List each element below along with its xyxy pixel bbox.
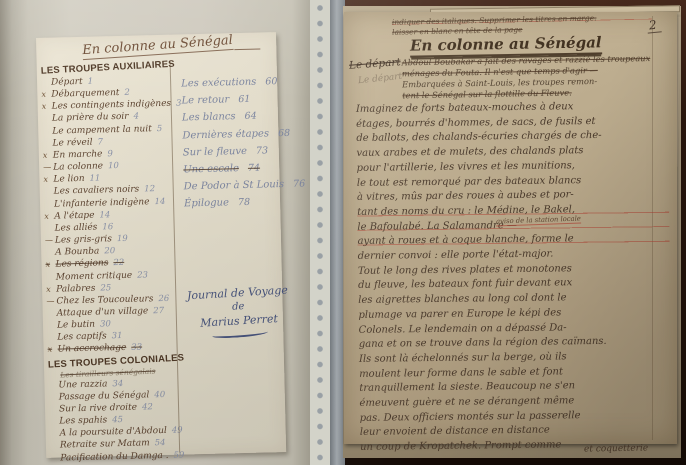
item-text: Sur la rive droite: [59, 402, 137, 416]
toc-item: A la poursuite d'Abdoul 49: [50, 425, 179, 440]
item-text: Le réveil: [52, 136, 92, 149]
item-marker: x: [43, 150, 53, 162]
item-page-number: 31: [112, 330, 123, 342]
line-text: pour l'artillerie, les vivres et les mun…: [357, 160, 575, 174]
item-page-number: 40: [154, 389, 165, 401]
item-text: Débarquement: [51, 87, 119, 101]
toc-item: Épilogue 78: [182, 193, 306, 213]
toc-column-left: LES TROUPES AUXILIAIRES Départ 1 x: [41, 60, 180, 456]
toc-item: Le butin 30: [47, 317, 176, 332]
toc-item: Départ 1: [41, 74, 170, 89]
item-text: Sur le fleuve: [183, 143, 248, 162]
signature-author: Marius Perret: [185, 311, 293, 330]
toc-item: x A l'étape 14: [44, 207, 173, 222]
line-text: du fleuve, les bateaux font fuir devant …: [358, 278, 572, 292]
item-marker: —: [46, 295, 56, 307]
item-page-number: 49: [172, 425, 183, 437]
item-text: Le lion: [53, 173, 84, 186]
item-page-number: 9: [107, 148, 113, 160]
line-text: tent le Sénégal sur la flottille du Fleu…: [402, 87, 572, 100]
toc-item: Les alliés 16: [45, 220, 174, 235]
item-text: Les spahis: [59, 414, 107, 427]
line-text: le Bafoulabé. La Salamandre —: [357, 220, 517, 233]
manuscript-page: indiquer des italiques. Supprimer les ti…: [344, 12, 677, 444]
item-text: Les exécutions: [181, 74, 257, 93]
toc-item: L'infanterie indigène 14: [44, 195, 173, 210]
line-text: étages, bourrés d'hommes, de sacs, de fu…: [356, 116, 596, 130]
item-text: Les blancs: [182, 109, 236, 128]
toc-item: — La colonne 10: [43, 159, 172, 174]
toc-item: Pacification du Damga . 59: [50, 449, 179, 464]
toc-item: x Débarquement 2: [41, 86, 170, 101]
item-page-number: 3: [176, 98, 182, 110]
toc-item: Les captifs 31: [47, 329, 176, 344]
line-text: les aigrettes blanches au long col dont …: [358, 293, 566, 307]
item-text: L'infanterie indigène: [54, 196, 150, 210]
line-text: Tout le long des rives plates et monoton…: [358, 263, 572, 277]
toc-item: x Palabres 25: [46, 280, 175, 295]
line-text: Colonels. Le lendemain on a dépassé Da-: [359, 322, 567, 336]
item-page-number: 68: [278, 124, 291, 141]
book-photo: En colonne au Sénégal LES TROUPES AUXILI…: [0, 0, 686, 465]
toc-item: Le retour 61: [179, 90, 303, 110]
sleeve-perforated-strip: [310, 0, 330, 465]
item-page-number: 54: [155, 437, 166, 449]
toc-list-coloniales: Une razzia 34 Passage du Sénégal 40: [48, 376, 179, 464]
item-page-number: 4: [133, 111, 139, 123]
item-page-number: 25: [100, 282, 111, 294]
toc-item: Le campement la nuit 5: [42, 122, 171, 137]
item-page-number: 45: [112, 414, 123, 426]
item-marker: x: [43, 174, 53, 186]
toc-item: x Les contingents indigènes 3: [42, 98, 171, 113]
item-text: Palabres: [56, 282, 96, 295]
item-page-number: 20: [104, 245, 115, 257]
line-text: pas. Deux officiers montés sur la passer…: [360, 410, 581, 424]
binder-background: indiquer des italiques. Supprimer les ti…: [310, 0, 686, 465]
item-page-number: 76: [293, 176, 306, 193]
item-marker: x: [41, 89, 51, 101]
item-text: Départ: [51, 76, 83, 89]
item-page-number: 14: [154, 195, 165, 207]
toc-item: x Le lion 11: [43, 171, 172, 186]
toc-column-right: Les exécutions 60 Le retour 61: [171, 57, 312, 453]
item-text: A l'étape: [54, 209, 94, 222]
line-text: vaux arabes et de mulets, des chalands p…: [356, 145, 583, 159]
toc-list-auxiliaires: Départ 1 x Débarquement 2 x: [41, 74, 177, 357]
item-text: Le retour: [181, 92, 229, 110]
toc-item: Les spahis 45: [49, 413, 178, 428]
left-book-page: En colonne au Sénégal LES TROUPES AUXILI…: [0, 0, 310, 465]
toc-item: Attaque d'un village 27: [47, 305, 176, 320]
manuscript-opening-paragraph: Abdoul Boubakar a fait des ravages et ra…: [402, 53, 673, 102]
item-marker: x: [45, 259, 55, 271]
item-text: Les captifs: [57, 331, 107, 344]
section-header-auxiliaires: LES TROUPES AUXILIAIRES: [41, 59, 170, 77]
item-text: Les gris-gris: [55, 233, 112, 247]
item-text: Les contingents indigènes: [52, 98, 172, 113]
toc-item: Dernières étapes 68: [180, 124, 304, 144]
line-text: le tout est remorqué par des bateaux bla…: [357, 175, 581, 189]
item-text: La colonne: [53, 160, 103, 173]
section-subheader: Les tirailleurs sénégalais: [60, 365, 177, 379]
toc-item: Sur le fleuve 73: [181, 141, 305, 161]
item-page-number: 19: [117, 233, 128, 245]
manuscript-margin-note-ghost: Le départ: [358, 72, 403, 87]
item-marker: x: [42, 101, 52, 113]
section-header-coloniales: LES TROUPES COLONIALES: [48, 352, 177, 370]
line-text: à vitres, mûs par des roues à aubes et p…: [357, 189, 574, 203]
toc-item: Sur la rive droite 42: [49, 401, 178, 416]
item-page-number: 42: [142, 401, 153, 413]
item-page-number: 30: [100, 318, 111, 330]
toc-item: x En marche 9: [43, 147, 172, 162]
item-text: A la poursuite d'Abdoul: [60, 425, 167, 440]
line-text: tranquillement la sieste. Beaucoup ne s'…: [359, 381, 575, 395]
item-page-number: 74: [248, 160, 261, 177]
item-text: Chez les Toucouleurs: [56, 293, 153, 308]
item-page-number: 23: [137, 269, 148, 281]
manuscript-bottom-fragment: et coquetterie: [584, 443, 648, 454]
line-text: moulent leur forme dans le sable et font: [359, 366, 563, 379]
item-text: Attaque d'un village: [57, 305, 149, 319]
item-page-number: 59: [173, 449, 184, 461]
section-coloniales: LES TROUPES COLONIALES Les tirailleurs s…: [48, 354, 177, 378]
item-page-number: 12: [144, 184, 155, 196]
item-text: Retraite sur Matam: [60, 438, 150, 452]
line-text: dernier convoi : elle porte l'état-major…: [358, 249, 554, 262]
line-text: plumage va parer en Europe le képi des: [358, 307, 561, 320]
item-page-number: 7: [97, 136, 103, 148]
toc-item: A Bounba 20: [45, 244, 174, 259]
item-page-number: 1: [88, 76, 94, 88]
item-marker: —: [43, 162, 53, 174]
item-text: Dernières étapes: [182, 125, 269, 144]
line-text: Ils sont là échelonnés sur la berge, où …: [359, 351, 567, 365]
toc-item: Passage du Sénégal 40: [49, 388, 178, 403]
line-text: ayant à roues et à coque blanche, forme …: [357, 234, 573, 248]
item-page-number: 22: [113, 257, 124, 269]
item-page-number: 2: [124, 87, 130, 99]
toc-list-final-chapters: Les exécutions 60 Le retour 61: [179, 72, 306, 213]
toc-item: x Un accrochage 33: [47, 341, 176, 356]
item-page-number: 10: [108, 160, 119, 172]
item-text: Le campement la nuit: [52, 123, 152, 138]
item-marker: —: [45, 235, 55, 247]
item-text: Une escale: [183, 160, 239, 179]
item-page-number: 16: [102, 221, 113, 233]
signature-block: Journal de Voyage de Marius Perret: [183, 282, 309, 340]
toc-title: En colonne au Sénégal: [82, 33, 234, 60]
item-text: En marche: [53, 148, 103, 161]
line-text: un coup de Kropatchek. Prompt comme: [360, 440, 561, 453]
toc-item: Le réveil 7: [42, 135, 171, 150]
item-text: Une razzia: [58, 378, 107, 391]
item-text: Les cavaliers noirs: [54, 184, 140, 198]
editor-notes: indiquer des italiques. Supprimer les ti…: [392, 12, 652, 36]
item-text: Les alliés: [55, 221, 98, 234]
item-page-number: 33: [131, 342, 142, 354]
toc-item: Moment critique 23: [46, 268, 175, 283]
item-text: La prière du soir: [52, 111, 129, 125]
item-page-number: 5: [157, 123, 163, 135]
toc-item: Les cavaliers noirs 12: [44, 183, 173, 198]
item-text: Les régions: [55, 258, 108, 271]
item-page-number: 11: [89, 173, 100, 185]
item-text: Passage du Sénégal: [59, 389, 150, 403]
toc-item: De Podor à St Louis 76: [181, 176, 305, 196]
line-text: émeuvent guère et ne se dérangent même: [359, 395, 574, 409]
signature-de: de: [184, 298, 292, 315]
toc-columns: LES TROUPES AUXILIAIRES Départ 1 x: [41, 57, 284, 456]
item-marker: x: [44, 210, 54, 222]
signature-title: Journal de Voyage: [183, 283, 291, 302]
line-text: leur envoient de distance en distance: [360, 425, 550, 438]
contents-card: En colonne au Sénégal LES TROUPES AUXILI…: [36, 32, 286, 458]
item-marker: x: [46, 283, 56, 295]
toc-item: Une escale 74: [181, 158, 305, 178]
toc-item: Retraite sur Matam 54: [50, 437, 179, 452]
item-text: Pacification du Damga .: [60, 449, 169, 464]
item-text: Moment critique: [56, 269, 133, 283]
signature-flourish: [212, 328, 268, 338]
item-page-number: 26: [158, 293, 169, 305]
manuscript-body: Imaginez de forts bateaux-mouches à deux…: [356, 99, 672, 456]
toc-item: Les exécutions 60: [179, 72, 303, 92]
item-page-number: 61: [238, 91, 251, 108]
toc-item: x Les régions 22: [45, 256, 174, 271]
toc-item: Les blancs 64: [180, 107, 304, 127]
item-page-number: 64: [244, 108, 257, 125]
title-dash: [234, 49, 260, 51]
item-marker: x: [47, 344, 57, 356]
toc-item: Une razzia 34: [48, 376, 177, 391]
toc-item: La prière du soir 4: [42, 110, 171, 125]
toc-column-divider: [170, 62, 181, 453]
line-text: Imaginez de forts bateaux-mouches à deux: [356, 101, 574, 115]
line-text: de ballots, des chalands-écuries chargés…: [356, 130, 601, 144]
item-page-number: 34: [112, 378, 123, 390]
item-page-number: 14: [99, 209, 110, 221]
item-page-number: 73: [256, 142, 269, 159]
item-page-number: 27: [153, 305, 164, 317]
toc-item: — Chez les Toucouleurs 26: [46, 292, 175, 307]
item-text: Un accrochage: [57, 342, 126, 356]
item-page-number: 60: [265, 73, 278, 90]
manuscript-margin-note: Le départ: [349, 56, 401, 72]
item-text: Le butin: [57, 319, 95, 332]
item-page-number: 78: [238, 194, 251, 211]
item-text: De Podor à St Louis: [183, 176, 284, 196]
item-text: Épilogue: [184, 195, 229, 213]
line-text: gana et on se trouve dans la région des …: [359, 336, 607, 350]
toc-item: — Les gris-gris 19: [45, 232, 174, 247]
item-text: A Bounba: [55, 246, 99, 259]
manuscript-page-number: 2: [647, 17, 662, 33]
